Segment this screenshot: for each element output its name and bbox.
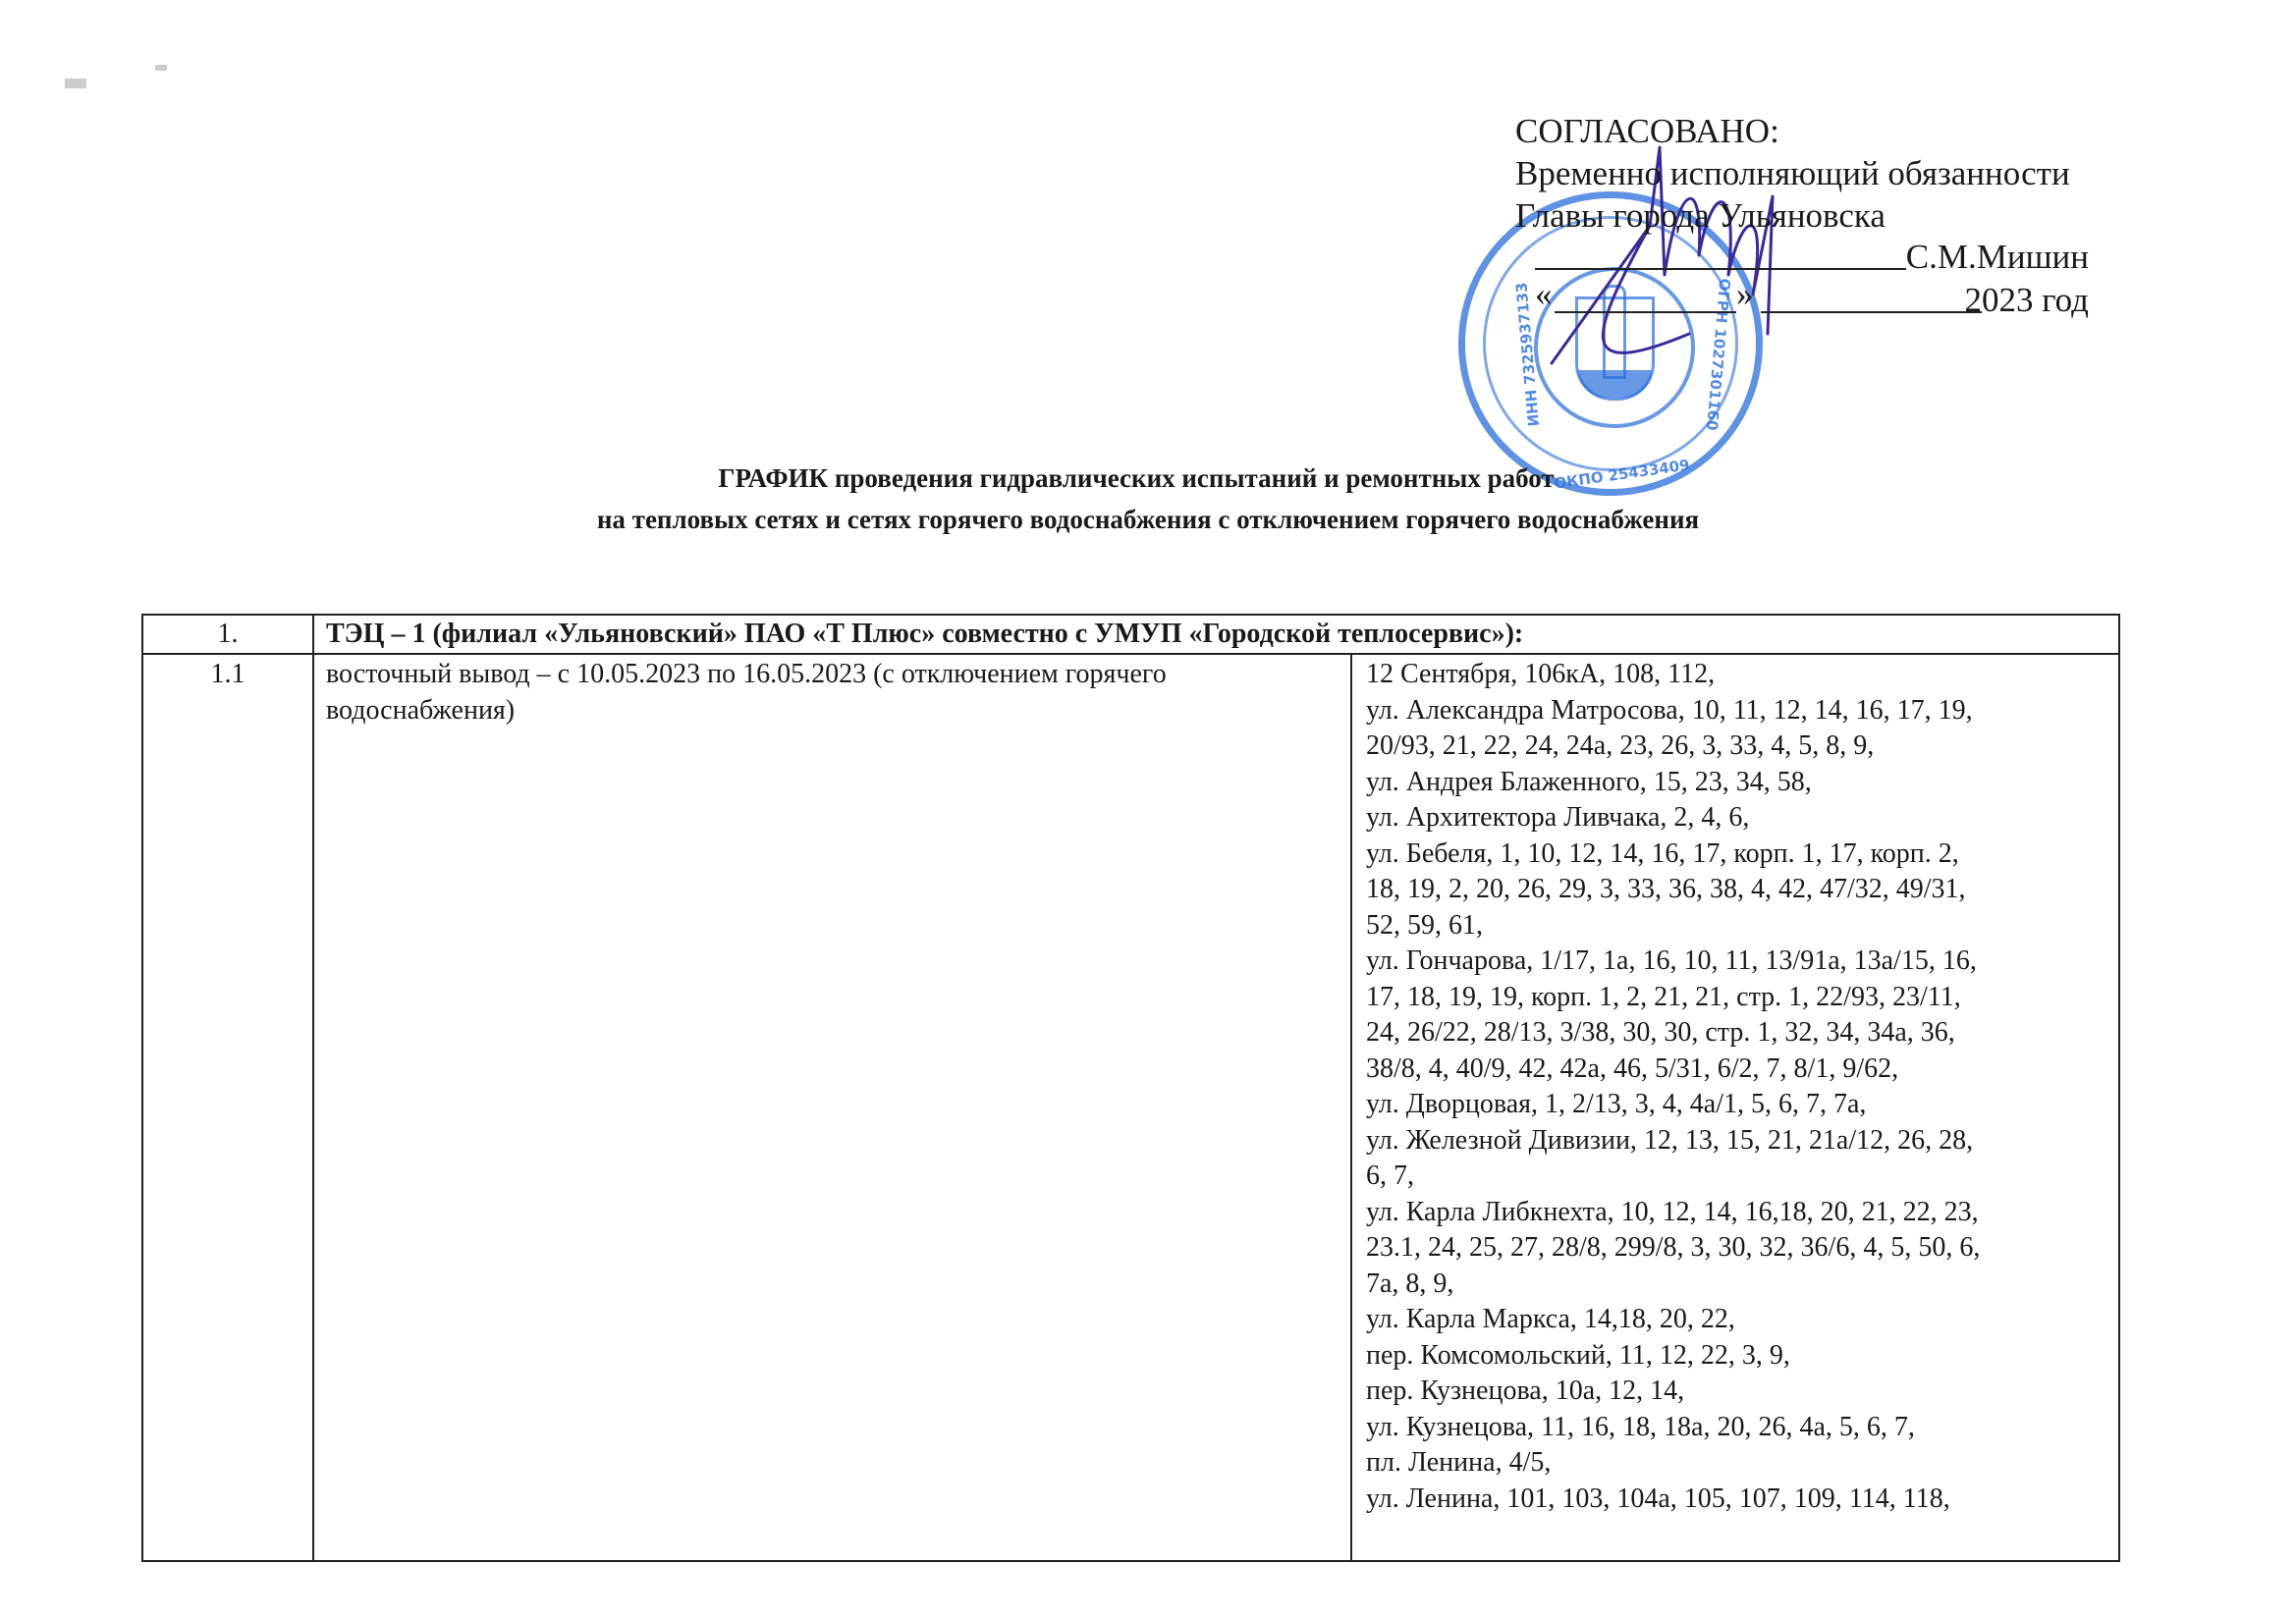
address-line: 23.1, 24, 25, 27, 28/8, 299/8, 3, 30, 32…: [1366, 1230, 2110, 1267]
scan-artifact: [155, 65, 167, 71]
date-open-quote: «: [1535, 273, 1553, 315]
approval-year: 2023 год: [1964, 279, 2089, 321]
address-line: 20/93, 21, 22, 24, 24а, 23, 26, 3, 33, 4…: [1366, 728, 2110, 765]
scan-artifact: [65, 79, 86, 88]
address-line: ул. Дворцовая, 1, 2/13, 3, 4, 4а/1, 5, 6…: [1366, 1087, 2110, 1123]
address-line: ул. Бебеля, 1, 10, 12, 14, 16, 17, корп.…: [1366, 836, 2110, 873]
section-title: ТЭЦ – 1 (филиал «Ульяновский» ПАО «Т Плю…: [313, 615, 2119, 654]
approval-block: СОГЛАСОВАНО: Временно исполняющий обязан…: [1515, 110, 2144, 323]
row-description-cell: восточный вывод – с 10.05.2023 по 16.05.…: [313, 654, 1351, 1561]
address-line: пер. Комсомольский, 11, 12, 22, 3, 9,: [1366, 1338, 2110, 1375]
date-close-quote: »: [1736, 273, 1754, 315]
section-number: 1.: [142, 615, 313, 654]
address-line: ул. Кузнецова, 11, 16, 18, 18а, 20, 26, …: [1366, 1410, 2110, 1446]
table-row: 1.1 восточный вывод – с 10.05.2023 по 16…: [142, 654, 2119, 1561]
address-line: 7а, 8, 9,: [1366, 1267, 2110, 1303]
address-line: 52, 59, 61,: [1366, 908, 2110, 944]
address-line: ул. Архитектора Ливчака, 2, 4, 6,: [1366, 800, 2110, 836]
section-header-row: 1. ТЭЦ – 1 (филиал «Ульяновский» ПАО «Т …: [142, 615, 2119, 654]
row-addresses-cell: 12 Сентября, 106кА, 108, 112,ул. Алексан…: [1351, 654, 2119, 1561]
date-month-underline: [1761, 311, 1982, 313]
address-line: 18, 19, 2, 20, 26, 29, 3, 33, 36, 38, 4,…: [1366, 872, 2110, 908]
approval-position-line2: Главы города Ульяновска: [1515, 194, 2144, 237]
address-line: 38/8, 4, 40/9, 42, 42а, 46, 5/31, 6/2, 7…: [1366, 1052, 2110, 1088]
document-title-line1: ГРАФИК проведения гидравлических испытан…: [0, 463, 2296, 494]
row-number: 1.1: [142, 654, 313, 1561]
approval-heading: СОГЛАСОВАНО:: [1515, 110, 2144, 152]
signatory-name: С.М.Мишин: [1906, 236, 2089, 278]
title-text-line1: ГРАФИК проведения гидравлических испытан…: [718, 463, 1554, 493]
document-title-line2: на тепловых сетях и сетях горячего водос…: [0, 505, 2296, 535]
address-line: 17, 18, 19, 19, корп. 1, 2, 21, 21, стр.…: [1366, 980, 2110, 1016]
address-line: ул. Александра Матросова, 10, 11, 12, 14…: [1366, 693, 2110, 729]
address-line: ул. Карла Маркса, 14,18, 20, 22,: [1366, 1302, 2110, 1338]
address-line: 6, 7,: [1366, 1159, 2110, 1195]
schedule-table: 1. ТЭЦ – 1 (филиал «Ульяновский» ПАО «Т …: [141, 614, 2120, 1562]
address-line: ул. Ленина, 101, 103, 104а, 105, 107, 10…: [1366, 1482, 2110, 1518]
signature-underline: [1535, 268, 1906, 270]
date-day-underline: [1555, 311, 1736, 313]
address-list: 12 Сентября, 106кА, 108, 112,ул. Алексан…: [1352, 655, 2118, 1517]
approval-position-line1: Временно исполняющий обязанности: [1515, 152, 2144, 194]
address-line: пл. Ленина, 4/5,: [1366, 1445, 2110, 1482]
address-line: ул. Карла Либкнехта, 10, 12, 14, 16,18, …: [1366, 1195, 2110, 1231]
address-line: ул. Андрея Блаженного, 15, 23, 34, 58,: [1366, 765, 2110, 801]
signature-line: С.М.Мишин: [1515, 237, 2144, 280]
date-line: « » 2023 год: [1515, 280, 2144, 323]
row-description: восточный вывод – с 10.05.2023 по 16.05.…: [314, 655, 1350, 728]
address-line: ул. Железной Дивизии, 12, 13, 15, 21, 21…: [1366, 1123, 2110, 1160]
address-line: 24, 26/22, 28/13, 3/38, 30, 30, стр. 1, …: [1366, 1015, 2110, 1052]
address-line: ул. Гончарова, 1/17, 1а, 16, 10, 11, 13/…: [1366, 944, 2110, 980]
address-line: пер. Кузнецова, 10а, 12, 14,: [1366, 1374, 2110, 1410]
address-line: 12 Сентября, 106кА, 108, 112,: [1366, 657, 2110, 693]
